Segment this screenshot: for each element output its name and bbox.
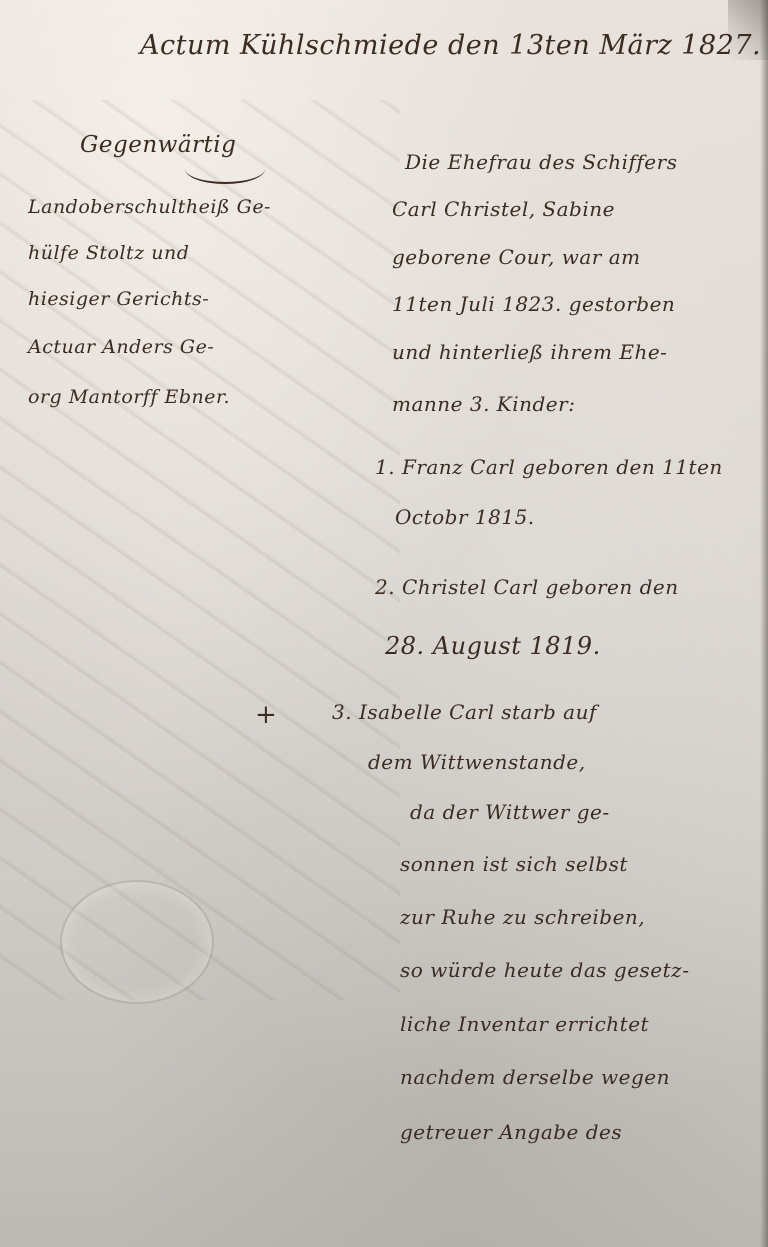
body-line: Carl Christel, Sabine — [392, 197, 615, 221]
attendee-line: hülfe Stoltz und — [28, 242, 189, 264]
body-line: geborene Cour, war am — [392, 245, 641, 269]
attendee-line: Landoberschultheiß Ge- — [28, 196, 271, 218]
child-entry-3: so würde heute das gesetz- — [400, 958, 689, 982]
attendee-line: Actuar Anders Ge- — [28, 336, 214, 358]
document-heading: Actum Kühlschmiede den 13ten März 1827. — [140, 30, 761, 61]
ink-bleed-through — [0, 100, 400, 1000]
child-entry-1: 1. Franz Carl geboren den 11ten — [375, 455, 723, 479]
child-entry-3: zur Ruhe zu schreiben, — [400, 905, 645, 929]
child-entry-3: nachdem derselbe wegen — [400, 1065, 670, 1089]
child-entry-2: 2. Christel Carl geboren den — [375, 575, 679, 599]
margin-cross-mark: + — [255, 700, 277, 730]
document-page: Actum Kühlschmiede den 13ten März 1827. … — [0, 0, 768, 1247]
body-line: 11ten Juli 1823. gestorben — [392, 292, 675, 316]
body-line: Die Ehefrau des Schiffers — [405, 150, 677, 174]
body-line: und hinterließ ihrem Ehe- — [392, 340, 667, 364]
attendees-title: Gegenwärtig — [80, 132, 236, 158]
child-entry-3: sonnen ist sich selbst — [400, 852, 628, 876]
child-entry-3: liche Inventar errichtet — [400, 1012, 649, 1036]
page-edge-shadow — [760, 0, 768, 1247]
child-entry-1: Octobr 1815. — [395, 505, 535, 529]
child-entry-3: da der Wittwer ge- — [410, 800, 610, 824]
child-entry-3: 3. Isabelle Carl starb auf — [332, 700, 597, 724]
child-entry-3: dem Wittwenstande, — [368, 750, 586, 774]
embossed-seal — [60, 880, 214, 1004]
child-entry-2: 28. August 1819. — [385, 632, 601, 660]
child-entry-3: getreuer Angabe des — [400, 1120, 622, 1144]
attendee-line: org Mantorff Ebner. — [28, 386, 230, 408]
body-line: manne 3. Kinder: — [392, 392, 575, 416]
attendee-line: hiesiger Gerichts- — [28, 288, 209, 310]
